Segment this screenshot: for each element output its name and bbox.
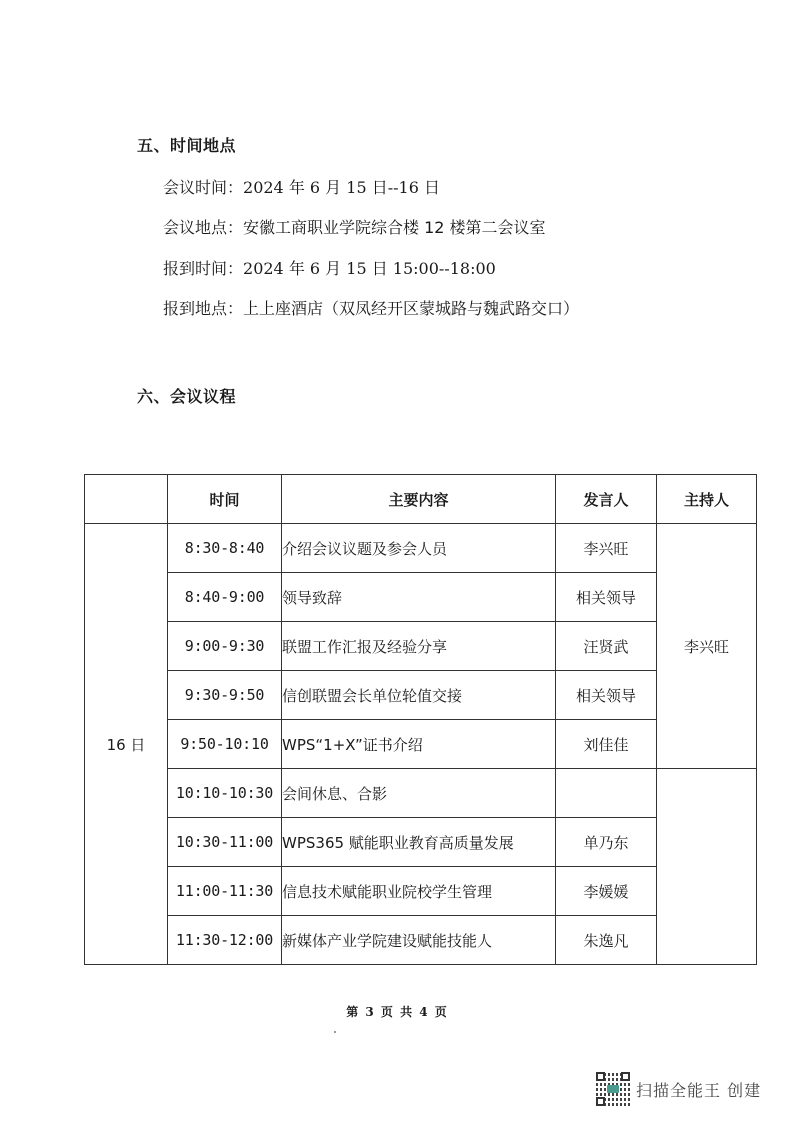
checkin-time-label: 报到时间：: [163, 259, 243, 278]
time-cell: 9:50-10:10: [168, 720, 282, 769]
table-row: 11:00-11:30 信息技术赋能职业院校学生管理 李媛媛: [85, 867, 757, 916]
agenda-header-row: 时间 主要内容 发言人 主持人: [85, 475, 757, 524]
speaker-cell: 单乃东: [556, 818, 657, 867]
header-time: 时间: [168, 475, 282, 524]
meeting-time-line: 会议时间：2024 年 6 月 15 日--16 日: [163, 175, 440, 198]
time-cell: 10:10-10:30: [168, 769, 282, 818]
section-6-heading: 六、会议议程: [137, 384, 236, 407]
scan-speck: [334, 1031, 336, 1033]
time-cell: 11:30-12:00: [168, 916, 282, 965]
table-row: 9:50-10:10 WPS“1+X”证书介绍 刘佳佳: [85, 720, 757, 769]
checkin-time-value: 2024 年 6 月 15 日 15:00--18:00: [243, 259, 496, 278]
speaker-cell: 相关领导: [556, 573, 657, 622]
time-cell: 11:00-11:30: [168, 867, 282, 916]
meeting-time-label: 会议时间：: [163, 178, 243, 197]
meeting-location-label: 会议地点：: [163, 218, 243, 237]
table-row: 8:40-9:00 领导致辞 相关领导: [85, 573, 757, 622]
table-row: 10:30-11:00 WPS365 赋能职业教育高质量发展 单乃东: [85, 818, 757, 867]
content-cell: 信息技术赋能职业院校学生管理: [282, 867, 556, 916]
table-row: 10:10-10:30 会间休息、合影: [85, 769, 757, 818]
time-cell: 9:00-9:30: [168, 622, 282, 671]
header-speaker: 发言人: [556, 475, 657, 524]
checkin-location-value: 上上座酒店（双凤经开区蒙城路与魏武路交口）: [243, 299, 579, 318]
table-row: 9:30-9:50 信创联盟会长单位轮值交接 相关领导: [85, 671, 757, 720]
speaker-cell: 李兴旺: [556, 524, 657, 573]
time-cell: 10:30-11:00: [168, 818, 282, 867]
page-indicator: 第 3 页 共 4 页: [0, 1003, 793, 1020]
section-5-heading: 五、时间地点: [137, 133, 236, 156]
speaker-cell: 相关领导: [556, 671, 657, 720]
content-cell: 新媒体产业学院建设赋能技能人: [282, 916, 556, 965]
host-cell: 李兴旺: [657, 524, 757, 769]
content-cell: 会间休息、合影: [282, 769, 556, 818]
content-cell: 介绍会议议题及参会人员: [282, 524, 556, 573]
checkin-location-label: 报到地点：: [163, 299, 243, 318]
agenda-table: 时间 主要内容 发言人 主持人 16 日 8:30-8:40 介绍会议议题及参会…: [84, 474, 757, 965]
scanner-watermark: 扫描全能王 创建: [596, 1072, 761, 1106]
meeting-location-line: 会议地点：安徽工商职业学院综合楼 12 楼第二会议室: [163, 215, 546, 238]
table-row: 16 日 8:30-8:40 介绍会议议题及参会人员 李兴旺 李兴旺: [85, 524, 757, 573]
time-cell: 9:30-9:50: [168, 671, 282, 720]
day-cell: 16 日: [85, 524, 168, 965]
content-cell: WPS“1+X”证书介绍: [282, 720, 556, 769]
checkin-time-line: 报到时间：2024 年 6 月 15 日 15:00--18:00: [163, 256, 496, 279]
speaker-cell: 朱逸凡: [556, 916, 657, 965]
content-cell: 联盟工作汇报及经验分享: [282, 622, 556, 671]
watermark-text: 扫描全能王 创建: [636, 1078, 761, 1101]
table-row: 11:30-12:00 新媒体产业学院建设赋能技能人 朱逸凡: [85, 916, 757, 965]
checkin-location-line: 报到地点：上上座酒店（双凤经开区蒙城路与魏武路交口）: [163, 296, 579, 319]
qr-code-icon: [596, 1072, 630, 1106]
header-day: [85, 475, 168, 524]
content-cell: 信创联盟会长单位轮值交接: [282, 671, 556, 720]
header-host: 主持人: [657, 475, 757, 524]
time-cell: 8:30-8:40: [168, 524, 282, 573]
speaker-cell: 汪贤武: [556, 622, 657, 671]
host-cell-empty: [657, 769, 757, 965]
speaker-cell: [556, 769, 657, 818]
speaker-cell: 刘佳佳: [556, 720, 657, 769]
time-cell: 8:40-9:00: [168, 573, 282, 622]
meeting-time-value: 2024 年 6 月 15 日--16 日: [243, 178, 440, 197]
table-row: 9:00-9:30 联盟工作汇报及经验分享 汪贤武: [85, 622, 757, 671]
content-cell: WPS365 赋能职业教育高质量发展: [282, 818, 556, 867]
header-content: 主要内容: [282, 475, 556, 524]
meeting-location-value: 安徽工商职业学院综合楼 12 楼第二会议室: [243, 218, 546, 237]
content-cell: 领导致辞: [282, 573, 556, 622]
speaker-cell: 李媛媛: [556, 867, 657, 916]
